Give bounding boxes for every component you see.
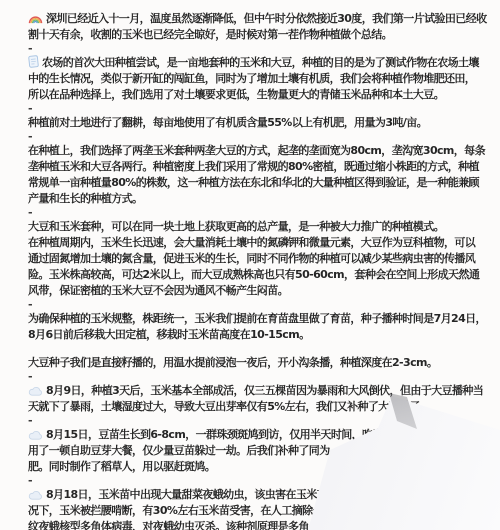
paragraph-line: 产量和生长的种植方式。 (28, 191, 474, 207)
paragraph-separator-dash: - (28, 43, 474, 55)
paragraph-line: 大豆和玉米套种，可以在同一块土地上获取更高的总产量，是一种被大力推广的种植模式。 (28, 219, 474, 235)
paragraph-line: 常规单一亩种植量80%的株数，这一种植方法在东北和华北的大量种植区得到验证，是一… (28, 175, 474, 191)
paragraph-separator-dash: - (28, 103, 474, 115)
paragraph-line-text: 8月18日，玉米苗中出现大量甜菜夜蛾幼虫，该虫害在玉米芯处 (46, 488, 338, 501)
paragraph: 农场的首次大田种植尝试，是一亩地套种的玉米和大豆，种植的目的是为了测试作物在农场… (28, 55, 474, 103)
paragraph-line: 割十天有余，收割的玉米也已经完全晾好，是时候对第一茬作物种植做个总结。 (28, 27, 474, 43)
note-icon (28, 55, 39, 68)
cloud-icon (28, 430, 43, 440)
paragraph: 为确保种植的玉米规整，株距统一，玉米我们提前在育苗盘里做了育苗，种子播种时间是7… (28, 311, 474, 343)
paragraph-line: 为确保种植的玉米规整，株距统一，玉米我们提前在育苗盘里做了育苗，种子播种时间是7… (28, 311, 474, 327)
paragraph: 种植前对土地进行了翻耕，每亩地使用了有机质含量55%以上有机肥，用量为3吨/亩。 (28, 115, 474, 131)
paragraph-line: 8月9日，种植3天后，玉米基本全部成活，仅三五棵苗因为暴雨和大风倒伏，但由于大豆… (28, 383, 474, 399)
paragraph-line: 深圳已经近入十一月，温度虽然逐渐降低，但中午时分依然接近30度，我们第一片试验田… (28, 11, 474, 27)
paragraph-line: 在种植上，我们选择了两垄玉米套种两垄大豆的方式，起垄的垄面宽为80cm，垄沟宽3… (28, 143, 474, 159)
paragraph: 在种植上，我们选择了两垄玉米套种两垄大豆的方式，起垄的垄面宽为80cm，垄沟宽3… (28, 143, 474, 207)
paragraph-separator-dash: - (28, 299, 474, 311)
paragraph-separator-dash: - (28, 207, 474, 219)
paragraph-separator-dash: - (28, 131, 474, 143)
paragraph-separator-dash: - (28, 371, 474, 383)
paragraph-line-text: 农场的首次大田种植尝试，是一亩地套种的玉米和大豆，种植的目的是为了测试作物在农场… (42, 56, 479, 69)
paragraph-line: 大豆种子我们是直接籽播的，用温水提前浸泡一夜后，开小沟条播，种植深度在2-3cm… (28, 355, 474, 371)
paragraph-line: 所以在品种选择上，我们选用了对土壤要求更低，生物量更大的青储玉米品种和本土大豆。 (28, 87, 474, 103)
paragraph-line: 种植前对土地进行了翻耕，每亩地使用了有机质含量55%以上有机肥，用量为3吨/亩。 (28, 115, 474, 131)
paragraph-line-text: 深圳已经近入十一月，温度虽然逐渐降低，但中午时分依然接近30度，我们第一片试验田… (46, 12, 487, 25)
paragraph-line: 在种植周期内，玉米生长迅速，会大量消耗土壤中的氮磷钾和微量元素，大豆作为豆科植物… (28, 235, 474, 251)
paragraph-line: 8月6日前后移栽大田定植，移栽时玉米苗高度在10-15cm。 (28, 327, 474, 343)
paragraph-line: 垄种植玉米和大豆各两行。种植密度上我们采用了常规的80%密植，既通过缩小株距的方… (28, 159, 474, 175)
paragraph-line: 风带，保证密植的玉米大豆不会因为通风不畅产生闷苗。 (28, 283, 474, 299)
paragraph: 深圳已经近入十一月，温度虽然逐渐降低，但中午时分依然接近30度，我们第一片试验田… (28, 11, 474, 43)
paragraph-line: 通过固氮增加土壤的氮含量，促进玉米的生长，同时不同作物的种植可以减少某些病虫害的… (28, 251, 474, 267)
paragraph: 大豆种子我们是直接籽播的，用温水提前浸泡一夜后，开小沟条播，种植深度在2-3cm… (28, 355, 474, 371)
paragraph-line: 中的生长情况，类似于新开缸的闯缸鱼，同时为了增加土壤有机质，我们会将种植作物堆肥… (28, 71, 474, 87)
paragraph: 大豆和玉米套种，可以在同一块土地上获取更高的总产量，是一种被大力推广的种植模式。… (28, 219, 474, 299)
paragraph-line-text: 8月9日，种植3天后，玉米基本全部成活，仅三五棵苗因为暴雨和大风倒伏，但由于大豆… (46, 384, 483, 397)
paragraph-line: 农场的首次大田种植尝试，是一亩地套种的玉米和大豆，种植的目的是为了测试作物在农场… (28, 55, 474, 71)
rainbow-icon (28, 14, 43, 24)
paragraph-line-text: 8月15日，豆苗生长到6-8cm，一群珠颈斑鸠到访，仅用半天时间，吃光了 (46, 428, 393, 441)
cloud-icon (28, 386, 43, 396)
paragraph-line: 险。玉米株高较高，可达2米以上，而大豆成熟株高也只有50-60cm，套种会在空间… (28, 267, 474, 283)
cloud-icon (28, 490, 43, 500)
paragraph-blank-gap (28, 343, 474, 355)
